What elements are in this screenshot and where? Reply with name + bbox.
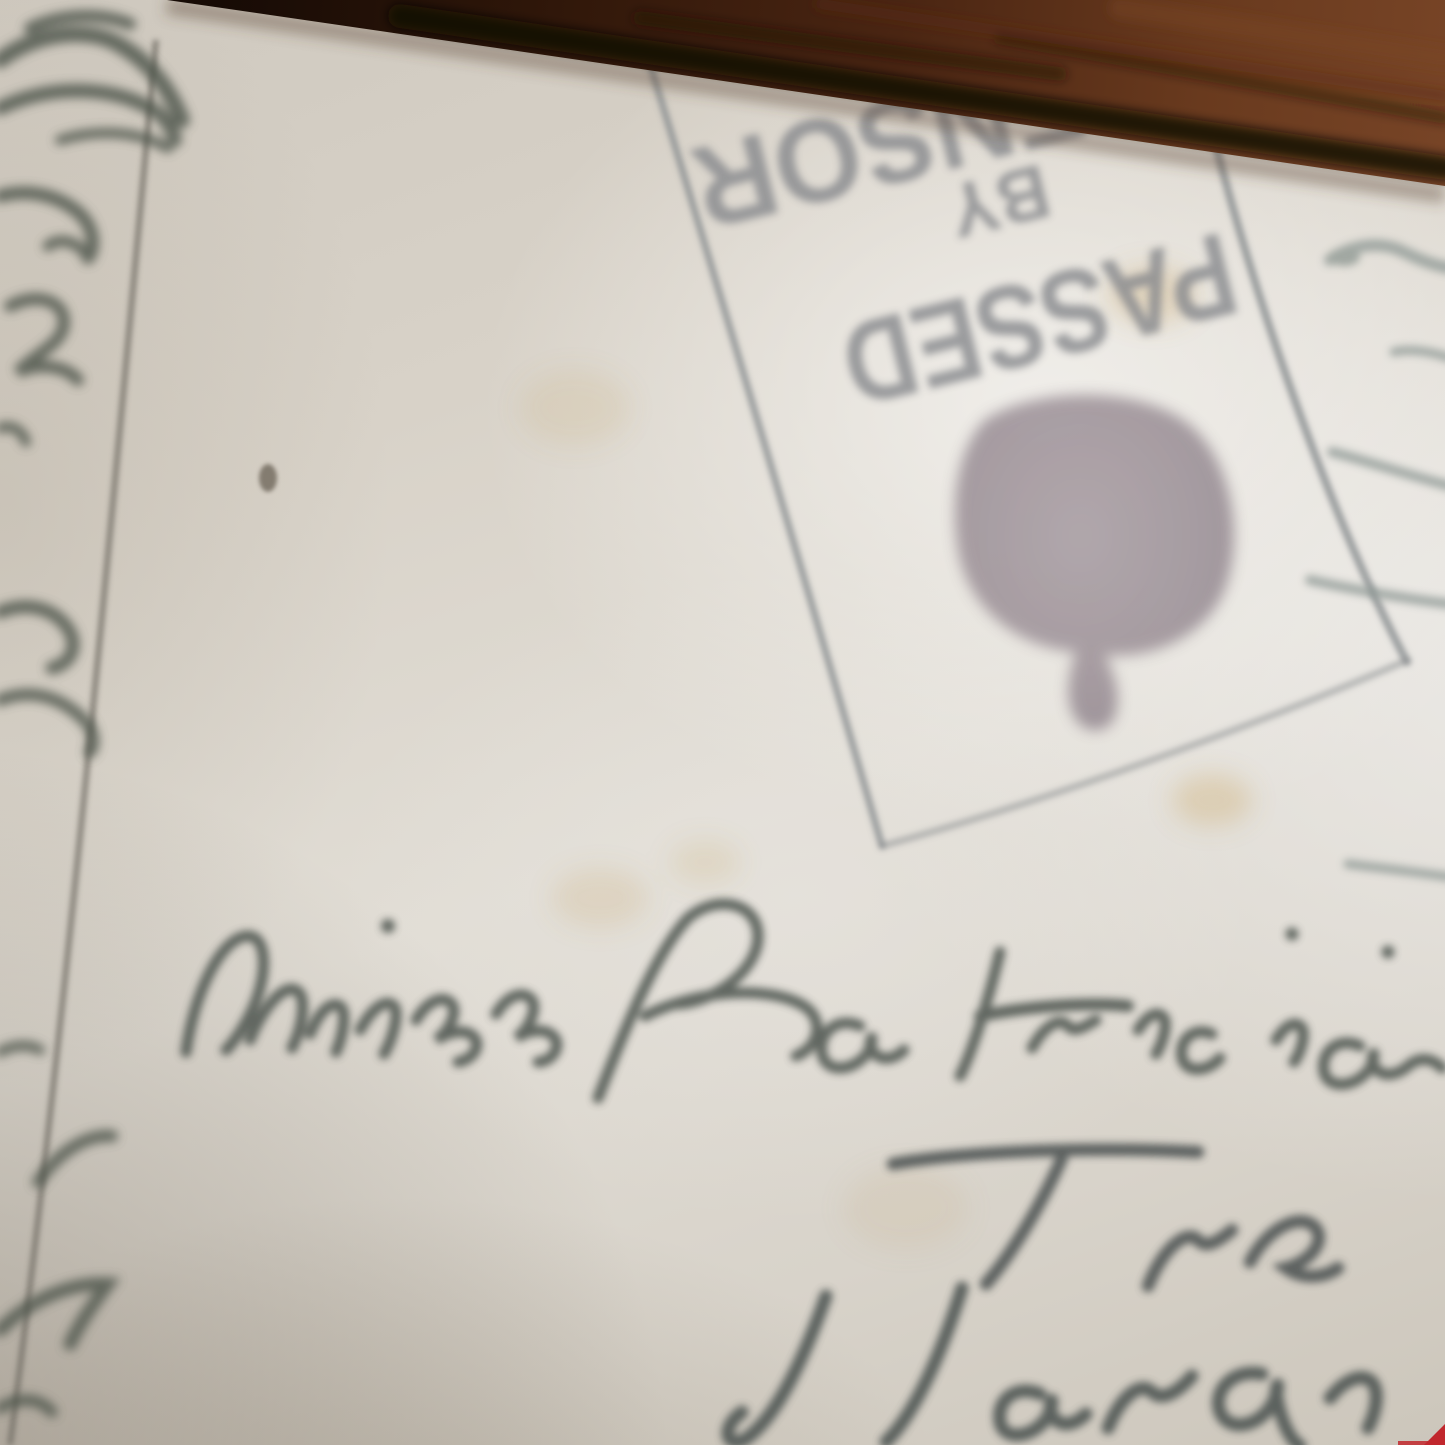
address-word-patricia	[598, 904, 1442, 1098]
stamp-line-passed: PASSED	[829, 207, 1249, 432]
address-handwriting	[186, 904, 1442, 1445]
cancellation-marks	[1310, 245, 1445, 877]
postmark-blob	[955, 395, 1234, 730]
address-word-llang	[728, 1288, 1377, 1445]
stamp-border-bottom	[882, 660, 1408, 846]
photo-overlay: CENSOR BY PASSED	[0, 0, 1445, 1445]
red-corner-mark	[1398, 1424, 1445, 1445]
paper-speck	[259, 464, 277, 492]
postcard-photo: CENSOR BY PASSED	[0, 0, 1445, 1445]
address-word-miss	[186, 919, 557, 1062]
